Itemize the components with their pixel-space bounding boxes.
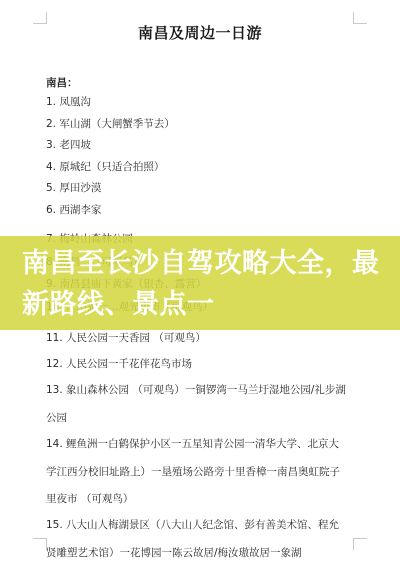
list-item: 11. 人民公园一天香园 （可观鸟）: [46, 332, 206, 345]
document-title: 南昌及周边一日游: [0, 22, 400, 43]
headline-overlay-text: 南昌至长沙自驾攻略大全，最新路线、景点一: [22, 243, 392, 325]
list-item: 2. 军山湖（大闸蟹季节去）: [46, 118, 175, 131]
page-corner-mark-bottom-right: [353, 538, 367, 550]
list-item: 13. 象山森林公园 （可观鸟）一铜锣湾一马兰圩湿地公园/礼步湖公园: [46, 377, 346, 432]
list-item: 1. 凤凰沟: [46, 96, 91, 109]
section-heading: 南昌：: [46, 75, 78, 90]
list-item: 4. 原城纪（只适合拍照）: [46, 161, 164, 174]
list-item: 15. 八大山人梅湖景区（八大山人纪念馆、彭有善美术馆、程允贤雕塑艺术馆）一花博…: [46, 512, 346, 567]
list-item: 5. 厚田沙漠: [46, 182, 101, 195]
page-corner-mark-bottom-left: [33, 538, 47, 550]
list-item: 3. 老四坡: [46, 139, 91, 152]
list-item: 12. 人民公园一千花伴花鸟市场: [46, 358, 192, 371]
list-item: 6. 西湖李家: [46, 204, 101, 217]
list-item: 14. 鲤鱼洲一白鹤保护小区一五星知青公园一清华大学、北京大学江西分校旧址路上）…: [46, 431, 346, 514]
